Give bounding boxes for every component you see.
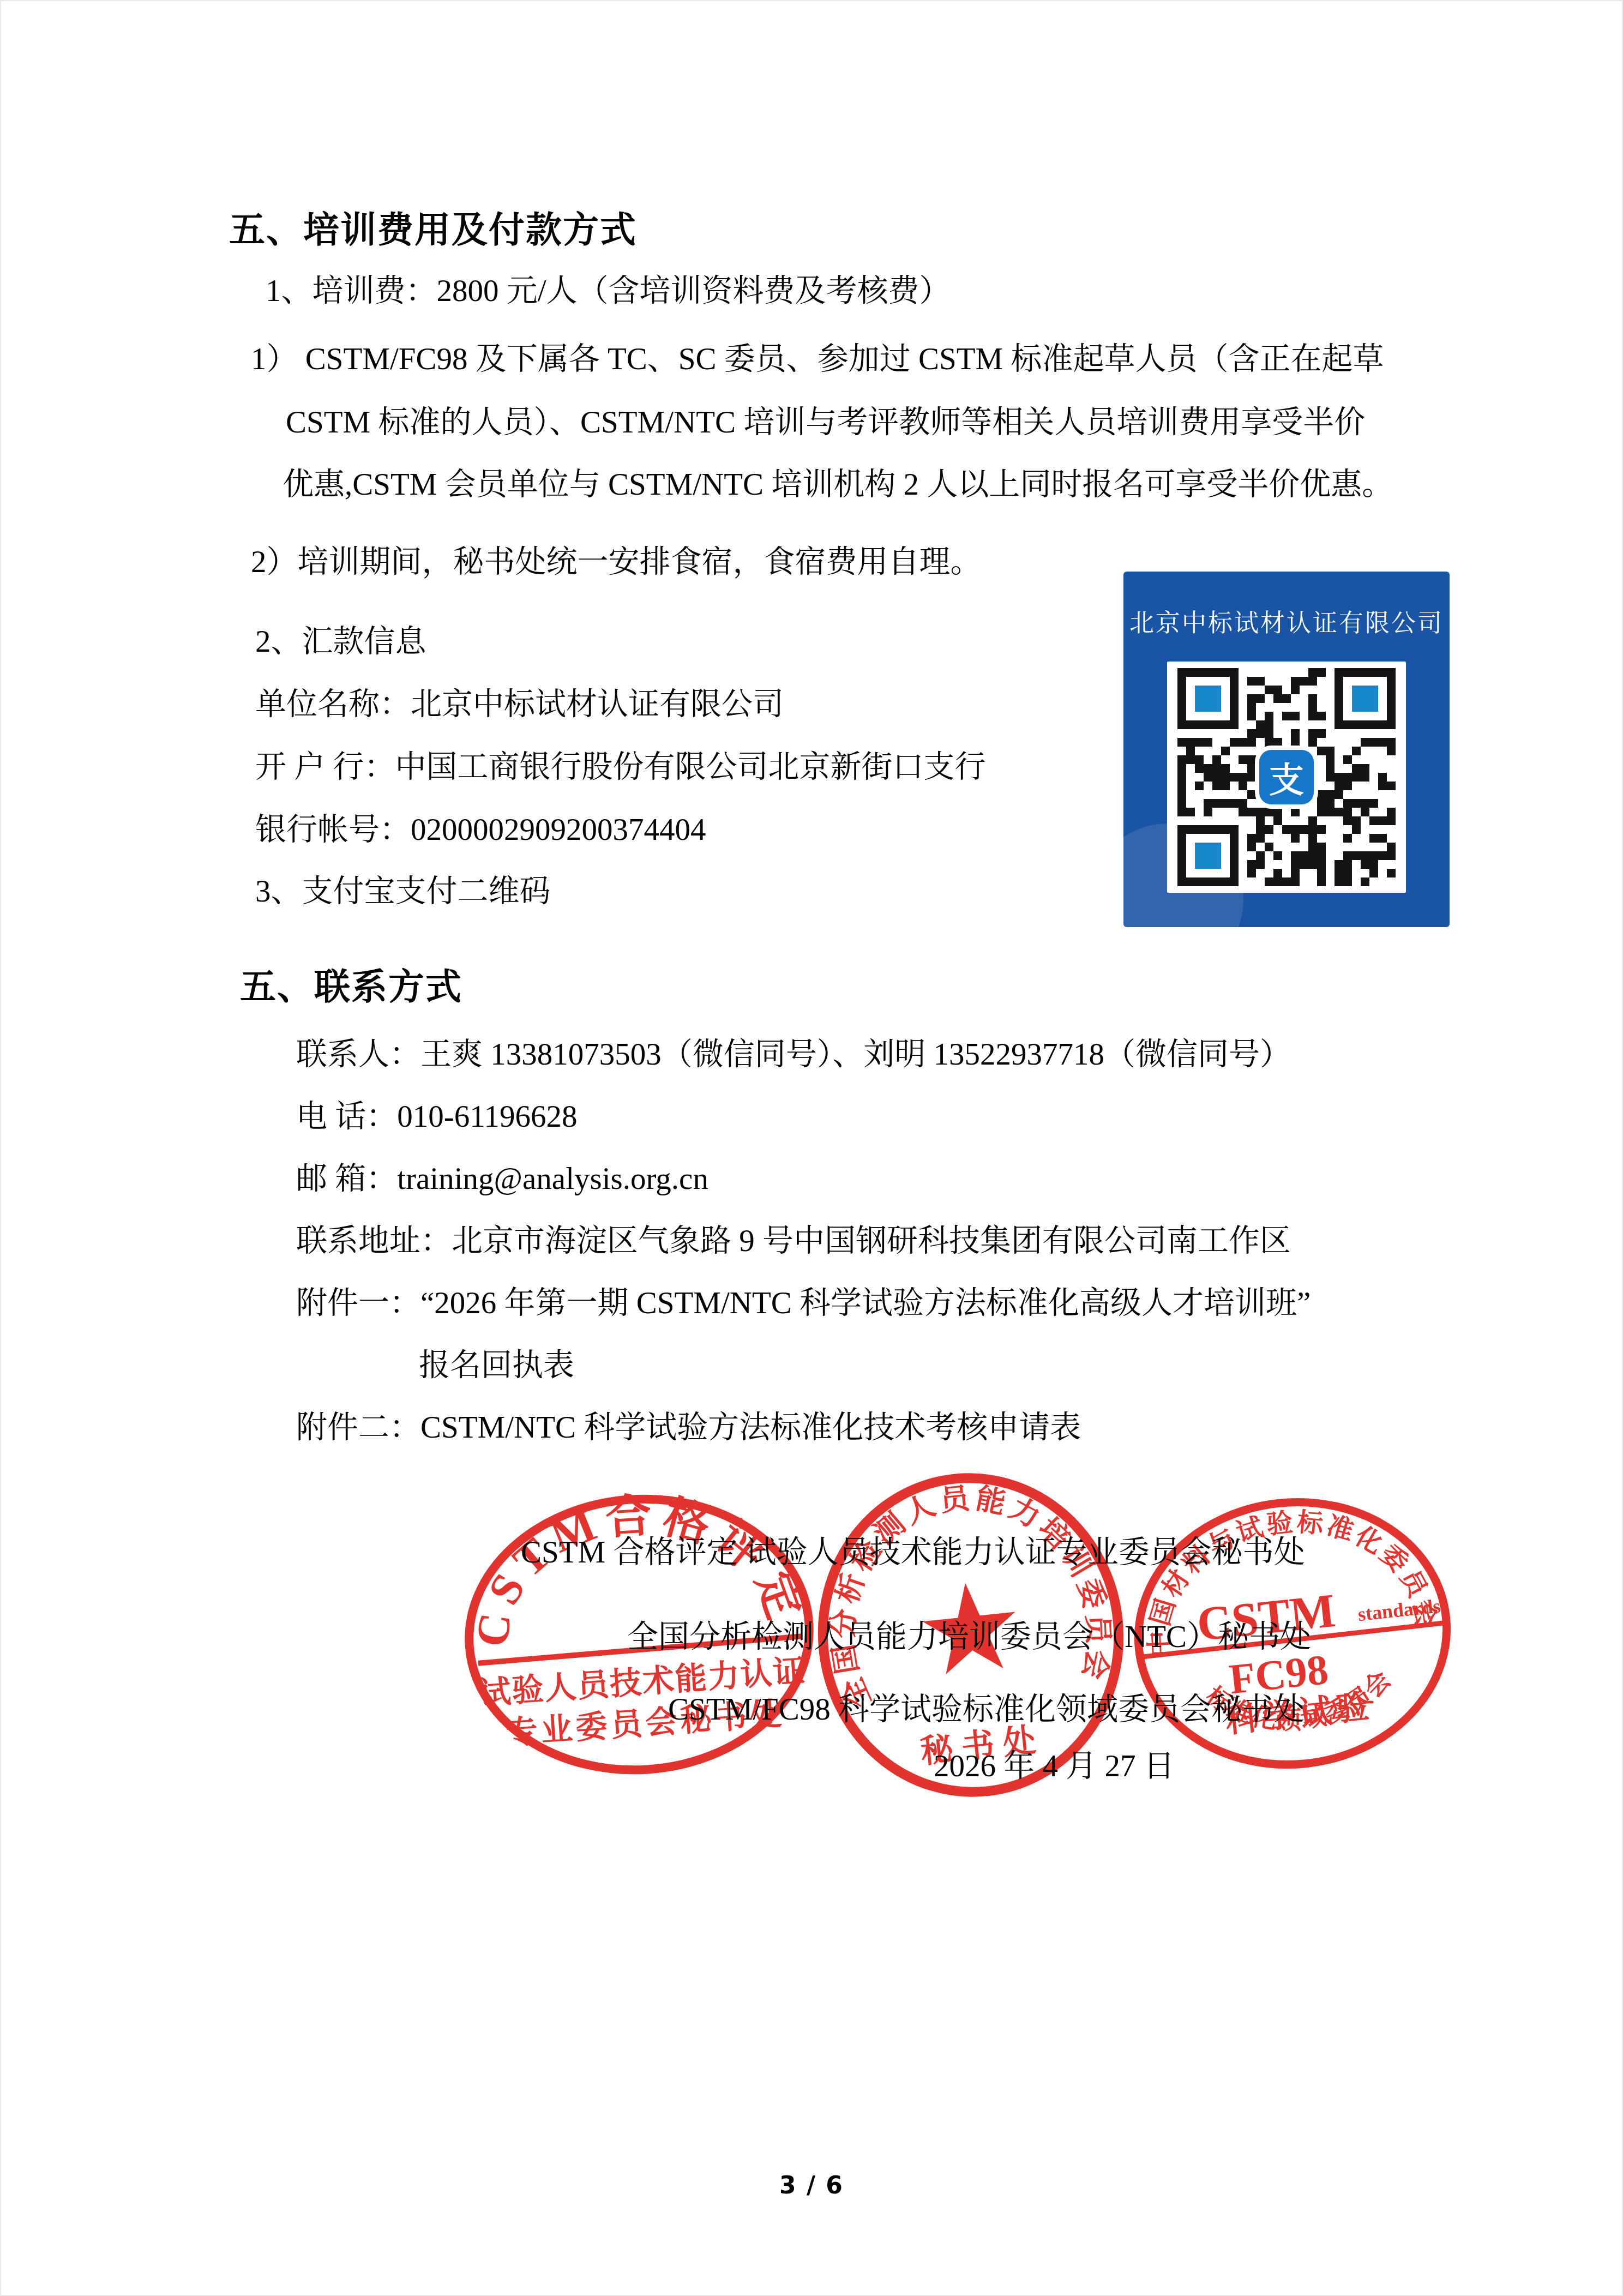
alipay-logo-icon: 支 (1259, 750, 1314, 804)
qr-card-company-name: 北京中标试材认证有限公司 (1123, 603, 1450, 639)
contact-heading: 五、联系方式 (240, 958, 462, 1009)
alipay-logo-glyph: 支 (1269, 752, 1304, 802)
discount-line-2: CSTM 标准的人员）、CSTM/NTC 培训与考评教师等相关人员培训费用享受半… (286, 406, 1365, 440)
board-note-line: 2）培训期间，秘书处统一安排食宿，食宿费用自理。 (251, 545, 982, 579)
phone-line: 电 话：010-61196628 (296, 1100, 578, 1134)
account-number-line: 银行帐号：0200002909200374404 (255, 813, 706, 847)
address-line: 联系地址：北京市海淀区气象路 9 号中国钢研科技集团有限公司南工作区 (296, 1224, 1291, 1258)
page-number: 3 / 6 (0, 2172, 1623, 2199)
signature-org-1: CSTM 合格评定 试验人员技术能力认证专业委员会秘书处 (521, 1527, 1305, 1572)
alipay-heading: 3、支付宝支付二维码 (255, 875, 551, 909)
remit-heading: 2、汇款信息 (255, 625, 426, 659)
qr-code: 支 (1167, 662, 1406, 893)
fees-heading: 五、培训费用及付款方式 (229, 201, 637, 253)
attachment2-line: 附件二：CSTM/NTC 科学试验方法标准化技术考核申请表 (296, 1411, 1081, 1445)
attachment1-line: 附件一：“2026 年第一期 CSTM/NTC 科学试验方法标准化高级人才培训班… (296, 1287, 1311, 1320)
signature-date: 2026 年 4 月 27 日 (934, 1741, 1175, 1786)
signature-org-3: CSTM/FC98 科学试验标准化领域委员会秘书处 (668, 1684, 1305, 1729)
alipay-qr-card: 北京中标试材认证有限公司 支 (1123, 572, 1450, 927)
document-page: { "document": { "page_indicator": "3 / 6… (0, 0, 1623, 2296)
contact-persons-line: 联系人：王爽 13381073503（微信同号）、刘明 13522937718（… (296, 1038, 1291, 1072)
attachment1-continued: 报名回执表 (419, 1349, 574, 1383)
signature-org-2: 全国分析检测人员能力培训委员会（NTC）秘书处 (627, 1612, 1311, 1656)
bank-name-line: 开 户 行：中国工商银行股份有限公司北京新街口支行 (255, 750, 986, 784)
discount-line-3: 优惠,CSTM 会员单位与 CSTM/NTC 培训机构 2 人以上同时报名可享受… (282, 468, 1393, 502)
email-line: 邮 箱：training@analysis.org.cn (296, 1162, 708, 1196)
fee-amount-line: 1、培训费：2800 元/人（含培训资料费及考核费） (266, 274, 951, 308)
discount-line-1: 1） CSTM/FC98 及下属各 TC、SC 委员、参加过 CSTM 标准起草… (251, 342, 1384, 376)
account-name-line: 单位名称：北京中标试材认证有限公司 (255, 688, 784, 722)
